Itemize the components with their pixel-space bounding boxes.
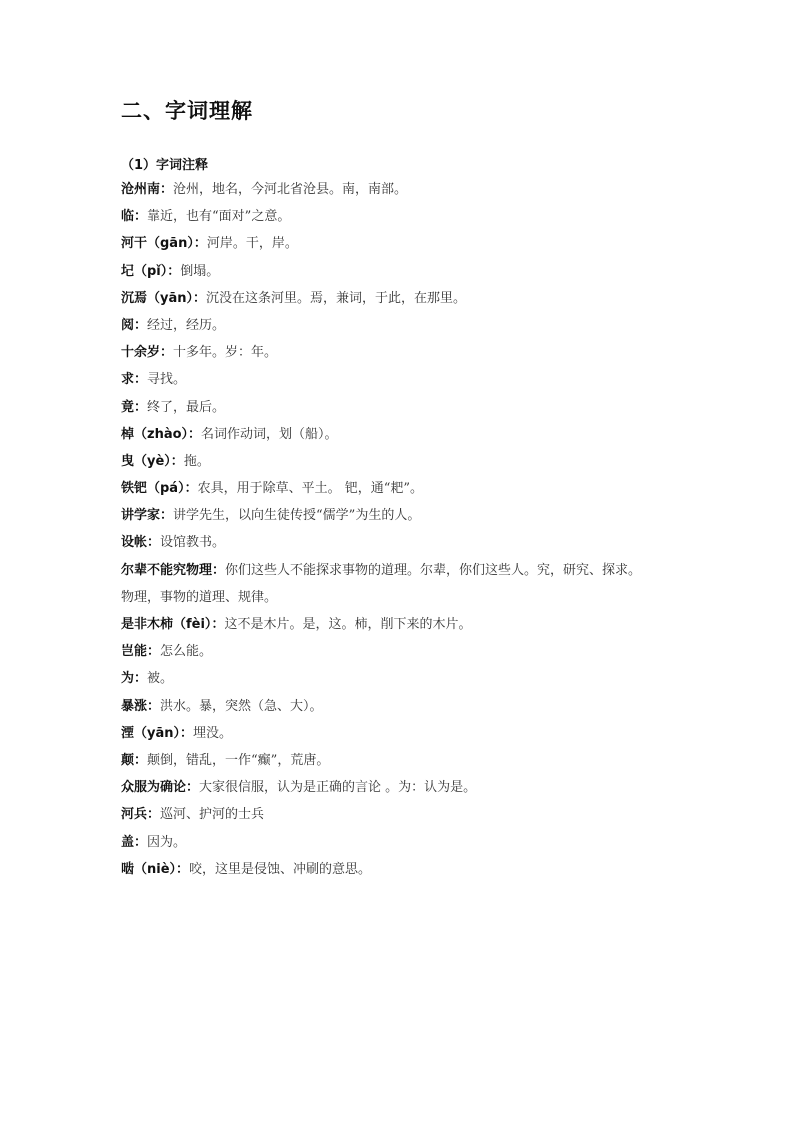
term-separator: ： xyxy=(147,644,160,659)
glossary-term: 铁钯（pá） xyxy=(121,481,185,496)
term-separator: ： xyxy=(176,862,189,877)
term-separator: ： xyxy=(147,807,160,822)
glossary-term: 湮（yān） xyxy=(121,726,180,741)
glossary-definition: 倒塌。 xyxy=(180,264,219,279)
term-separator: ： xyxy=(167,264,180,279)
glossary-definition: 靠近，也有“面对”之意。 xyxy=(147,209,290,224)
term-separator: ： xyxy=(160,508,173,523)
term-separator: ： xyxy=(171,454,184,469)
glossary-definition: 沧州，地名，今河北省沧县。南，南部。 xyxy=(173,182,407,197)
glossary-definition: 大家很信服，认为是正确的言论 。为：认为是。 xyxy=(199,780,476,795)
glossary-term: 啮（niè） xyxy=(121,862,176,877)
glossary-definition: 这不是木片。是，这。柿，削下来的木片。 xyxy=(224,617,471,632)
glossary-term: 为 xyxy=(121,671,134,686)
glossary-entry: 暴涨：洪水。暴，突然（急、大）。 xyxy=(121,697,741,724)
glossary-entry: 设帐：设馆教书。 xyxy=(121,533,741,560)
glossary-term: 讲学家 xyxy=(121,508,160,523)
glossary-term: 圮（pǐ） xyxy=(121,264,167,279)
glossary-definition: 怎么能。 xyxy=(160,644,212,659)
term-separator: ： xyxy=(147,699,160,714)
term-separator: ： xyxy=(134,835,147,850)
term-separator: ： xyxy=(186,780,199,795)
glossary-term: 暴涨 xyxy=(121,699,147,714)
term-separator: ： xyxy=(194,236,207,251)
glossary-term: 求 xyxy=(121,372,134,387)
glossary-entry: 讲学家：讲学先生，以向生徒传授“儒学”为生的人。 xyxy=(121,506,741,533)
term-separator: ： xyxy=(188,427,201,442)
glossary-definition: 寻找。 xyxy=(147,372,186,387)
glossary-definition: 河岸。干，岸。 xyxy=(207,236,298,251)
term-separator: ： xyxy=(160,182,173,197)
glossary-term: 沉焉（yān） xyxy=(121,291,193,306)
term-separator: ： xyxy=(134,209,147,224)
glossary-entry: 求：寻找。 xyxy=(121,370,741,397)
glossary-definition: 设馆教书。 xyxy=(160,535,225,550)
glossary-entry: 河干（gān）：河岸。干，岸。 xyxy=(121,234,741,261)
term-separator: ： xyxy=(147,535,160,550)
glossary-term: 尔辈不能究物理 xyxy=(121,563,212,578)
glossary-definition: 因为。 xyxy=(147,835,186,850)
glossary-definition: 你们这些人不能探求事物的道理。尔辈，你们这些人。究，研究、探求。 xyxy=(225,563,641,578)
glossary-definition: 物理，事物的道理、规律。 xyxy=(121,590,277,605)
glossary-entry: 盖：因为。 xyxy=(121,833,741,860)
glossary-entry: 十余岁：十多年。岁：年。 xyxy=(121,343,741,370)
glossary-entry: 沉焉（yān）：沉没在这条河里。焉，兼词，于此，在那里。 xyxy=(121,289,741,316)
term-separator: ： xyxy=(185,481,198,496)
glossary-list: 沧州南：沧州，地名，今河北省沧县。南，南部。临：靠近，也有“面对”之意。河干（g… xyxy=(121,180,741,887)
glossary-entry: 湮（yān）：埋没。 xyxy=(121,724,741,751)
glossary-entry: 竟：终了，最后。 xyxy=(121,398,741,425)
glossary-entry: 物理，事物的道理、规律。 xyxy=(121,588,741,615)
glossary-term: 颠 xyxy=(121,753,134,768)
term-separator: ： xyxy=(134,318,147,333)
glossary-term: 棹（zhào） xyxy=(121,427,188,442)
term-separator: ： xyxy=(134,671,147,686)
term-separator: ： xyxy=(134,753,147,768)
glossary-term: 阅 xyxy=(121,318,134,333)
term-separator: ： xyxy=(134,400,147,415)
subsection-heading: （1）字词注释 xyxy=(121,154,208,173)
glossary-definition: 终了，最后。 xyxy=(147,400,225,415)
glossary-entry: 临：靠近，也有“面对”之意。 xyxy=(121,207,741,234)
glossary-entry: 众服为确论：大家很信服，认为是正确的言论 。为：认为是。 xyxy=(121,778,741,805)
glossary-definition: 颠倒，错乱，一作“癫”，荒唐。 xyxy=(147,753,329,768)
glossary-definition: 名词作动词，划（船）。 xyxy=(201,427,338,442)
glossary-term: 是非木柿（fèi） xyxy=(121,617,211,632)
glossary-term: 河干（gān） xyxy=(121,236,194,251)
glossary-entry: 是非木柿（fèi）：这不是木片。是，这。柿，削下来的木片。 xyxy=(121,615,741,642)
glossary-term: 十余岁 xyxy=(121,345,160,360)
glossary-entry: 颠：颠倒，错乱，一作“癫”，荒唐。 xyxy=(121,751,741,778)
glossary-entry: 铁钯（pá）：农具，用于除草、平土。 钯，通“耙”。 xyxy=(121,479,741,506)
glossary-definition: 讲学先生，以向生徒传授“儒学”为生的人。 xyxy=(173,508,420,523)
glossary-definition: 埋没。 xyxy=(193,726,232,741)
glossary-entry: 棹（zhào）：名词作动词，划（船）。 xyxy=(121,425,741,452)
glossary-definition: 洪水。暴，突然（急、大）。 xyxy=(160,699,323,714)
glossary-term: 曳（yè） xyxy=(121,454,171,469)
glossary-entry: 沧州南：沧州，地名，今河北省沧县。南，南部。 xyxy=(121,180,741,207)
section-title: 二、字词理解 xyxy=(121,95,253,125)
glossary-entry: 圮（pǐ）：倒塌。 xyxy=(121,262,741,289)
term-separator: ： xyxy=(193,291,206,306)
glossary-definition: 被。 xyxy=(147,671,173,686)
glossary-term: 众服为确论 xyxy=(121,780,186,795)
glossary-definition: 十多年。岁：年。 xyxy=(173,345,277,360)
glossary-entry: 河兵：巡河、护河的士兵 xyxy=(121,805,741,832)
glossary-term: 设帐 xyxy=(121,535,147,550)
glossary-definition: 咬，这里是侵蚀、冲刷的意思。 xyxy=(189,862,371,877)
glossary-definition: 农具，用于除草、平土。 钯，通“耙”。 xyxy=(198,481,423,496)
glossary-definition: 经过，经历。 xyxy=(147,318,225,333)
glossary-term: 岂能 xyxy=(121,644,147,659)
glossary-term: 临 xyxy=(121,209,134,224)
glossary-term: 盖 xyxy=(121,835,134,850)
glossary-definition: 巡河、护河的士兵 xyxy=(160,807,264,822)
glossary-term: 河兵 xyxy=(121,807,147,822)
term-separator: ： xyxy=(211,617,224,632)
glossary-entry: 岂能：怎么能。 xyxy=(121,642,741,669)
term-separator: ： xyxy=(160,345,173,360)
term-separator: ： xyxy=(180,726,193,741)
glossary-entry: 尔辈不能究物理：你们这些人不能探求事物的道理。尔辈，你们这些人。究，研究、探求。 xyxy=(121,561,741,588)
glossary-entry: 曳（yè）：拖。 xyxy=(121,452,741,479)
glossary-entry: 阅：经过，经历。 xyxy=(121,316,741,343)
glossary-term: 沧州南 xyxy=(121,182,160,197)
glossary-entry: 为：被。 xyxy=(121,669,741,696)
glossary-term: 竟 xyxy=(121,400,134,415)
glossary-definition: 拖。 xyxy=(184,454,210,469)
term-separator: ： xyxy=(134,372,147,387)
glossary-definition: 沉没在这条河里。焉，兼词，于此，在那里。 xyxy=(206,291,466,306)
glossary-entry: 啮（niè）：咬，这里是侵蚀、冲刷的意思。 xyxy=(121,860,741,887)
term-separator: ： xyxy=(212,563,225,578)
